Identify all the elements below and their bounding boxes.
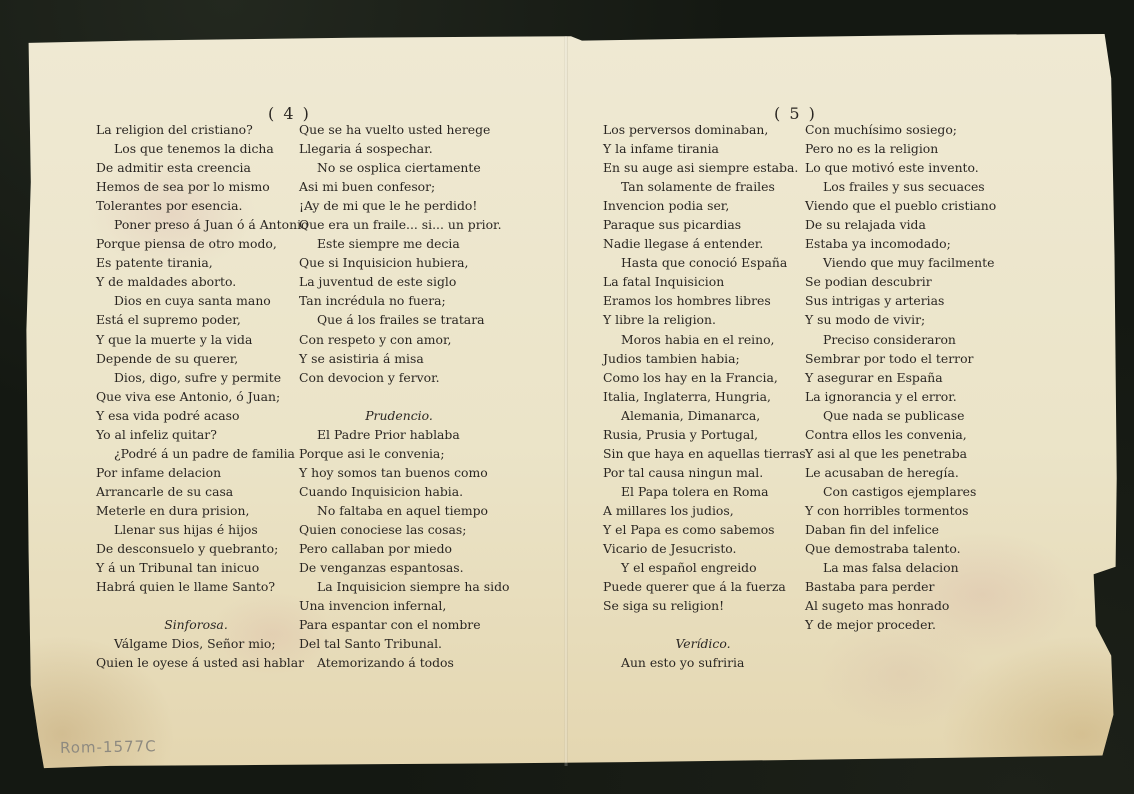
verse-line: Con devocion y fervor. (299, 368, 499, 387)
verse-line: Daban fin del infelice (805, 520, 1005, 539)
verse-line: Y el español engreido (603, 558, 803, 577)
verse-column: Los perversos dominaban,Y la infame tira… (603, 120, 803, 672)
verse-line: Los que tenemos la dicha (96, 139, 296, 158)
stanza-gap (96, 596, 296, 615)
verse-line: Meterle en dura prision, (96, 501, 296, 520)
verse-line: De su relajada vida (805, 215, 1005, 234)
verse-line: Que demostraba talento. (805, 539, 1005, 558)
verse-line: Con respeto y con amor, (299, 330, 499, 349)
stanza-gap (603, 615, 803, 634)
verse-line: Judios tambien habia; (603, 349, 803, 368)
verse-line: Y se asistiria á misa (299, 349, 499, 368)
verse-line: Hasta que conoció España (603, 253, 803, 272)
verse-line: Una invencion infernal, (299, 596, 499, 615)
verse-line: Hemos de sea por lo mismo (96, 177, 296, 196)
verse-line: Y que la muerte y la vida (96, 330, 296, 349)
verse-line: En su auge asi siempre estaba. (603, 158, 803, 177)
verse-column: Con muchísimo sosiego;Pero no es la reli… (805, 120, 1005, 634)
verse-line: Eramos los hombres libres (603, 291, 803, 310)
verse-line: Y esa vida podré acaso (96, 406, 296, 425)
verse-line: De venganzas espantosas. (299, 558, 499, 577)
verse-line: Moros habia en el reino, (603, 330, 803, 349)
verse-line: Está el supremo poder, (96, 310, 296, 329)
verse-line: La Inquisicion siempre ha sido (299, 577, 499, 596)
verse-line: La juventud de este siglo (299, 272, 499, 291)
verse-line: Y con horribles tormentos (805, 501, 1005, 520)
verse-line: Llegaria á sospechar. (299, 139, 499, 158)
verse-line: Sus intrigas y arterias (805, 291, 1005, 310)
verse-line: El Padre Prior hablaba (299, 425, 499, 444)
verse-line: Al sugeto mas honrado (805, 596, 1005, 615)
verse-line: Preciso consideraron (805, 330, 1005, 349)
verse-line: Es patente tirania, (96, 253, 296, 272)
verse-line: A millares los judios, (603, 501, 803, 520)
verse-line: Y hoy somos tan buenos como (299, 463, 499, 482)
verse-line: Y asegurar en España (805, 368, 1005, 387)
verse-line: ¡Ay de mi que le he perdido! (299, 196, 499, 215)
verse-line: Se podian descubrir (805, 272, 1005, 291)
verse-line: Yo al infeliz quitar? (96, 425, 296, 444)
speaker-name: Verídico. (603, 634, 803, 653)
verse-line: Este siempre me decia (299, 234, 499, 253)
verse-line: Llenar sus hijas é hijos (96, 520, 296, 539)
verse-line: Que se ha vuelto usted herege (299, 120, 499, 139)
verse-line: Tan incrédula no fuera; (299, 291, 499, 310)
verse-column: La religion del cristiano?Los que tenemo… (96, 120, 296, 672)
verse-line: Y á un Tribunal tan inicuo (96, 558, 296, 577)
verse-line: Contra ellos les convenia, (805, 425, 1005, 444)
verse-line: Dios, digo, sufre y permite (96, 368, 296, 387)
verse-line: De desconsuelo y quebranto; (96, 539, 296, 558)
verse-line: Estaba ya incomodado; (805, 234, 1005, 253)
verse-line: Y la infame tirania (603, 139, 803, 158)
speaker-name: Sinforosa. (96, 615, 296, 634)
verse-column: Que se ha vuelto usted heregeLlegaria á … (299, 120, 499, 672)
verse-line: Para espantar con el nombre (299, 615, 499, 634)
verse-line: Quien le oyese á usted asi hablar (96, 653, 296, 672)
verse-line: Tolerantes por esencia. (96, 196, 296, 215)
verse-line: Italia, Inglaterra, Hungria, (603, 387, 803, 406)
verse-line: Y libre la religion. (603, 310, 803, 329)
verse-line: Sin que haya en aquellas tierras (603, 444, 803, 463)
verse-line: Atemorizando á todos (299, 653, 499, 672)
speaker-name: Prudencio. (299, 406, 499, 425)
verse-line: Y el Papa es como sabemos (603, 520, 803, 539)
verse-line: Nadie llegase á entender. (603, 234, 803, 253)
verse-line: La mas falsa delacion (805, 558, 1005, 577)
verse-line: Que á los frailes se tratara (299, 310, 499, 329)
verse-line: Que si Inquisicion hubiera, (299, 253, 499, 272)
verse-line: Y de mejor proceder. (805, 615, 1005, 634)
verse-line: Cuando Inquisicion habia. (299, 482, 499, 501)
verse-line: No faltaba en aquel tiempo (299, 501, 499, 520)
verse-line: Como los hay en la Francia, (603, 368, 803, 387)
center-fold (564, 36, 568, 766)
verse-line: Los perversos dominaban, (603, 120, 803, 139)
verse-line: ¿Podré á un padre de familia (96, 444, 296, 463)
verse-line: Vicario de Jesucristo. (603, 539, 803, 558)
verse-line: Los frailes y sus secuaces (805, 177, 1005, 196)
verse-line: El Papa tolera en Roma (603, 482, 803, 501)
verse-line: Viendo que muy facilmente (805, 253, 1005, 272)
verse-line: Que era un fraile... si... un prior. (299, 215, 499, 234)
verse-line: Pero callaban por miedo (299, 539, 499, 558)
verse-line: No se osplica ciertamente (299, 158, 499, 177)
verse-line: Lo que motivó este invento. (805, 158, 1005, 177)
verse-line: Y su modo de vivir; (805, 310, 1005, 329)
verse-line: Invencion podia ser, (603, 196, 803, 215)
verse-line: Se siga su religion! (603, 596, 803, 615)
verse-line: Poner preso á Juan ó á Antonio (96, 215, 296, 234)
verse-line: La ignorancia y el error. (805, 387, 1005, 406)
verse-line: Depende de su querer, (96, 349, 296, 368)
verse-line: La religion del cristiano? (96, 120, 296, 139)
verse-line: Arrancarle de su casa (96, 482, 296, 501)
verse-line: Puede querer que á la fuerza (603, 577, 803, 596)
verse-line: Sembrar por todo el terror (805, 349, 1005, 368)
verse-line: Rusia, Prusia y Portugal, (603, 425, 803, 444)
verse-line: Quien conociese las cosas; (299, 520, 499, 539)
verse-line: Aun esto yo sufriria (603, 653, 803, 672)
verse-line: Válgame Dios, Señor mio; (96, 634, 296, 653)
verse-line: Del tal Santo Tribunal. (299, 634, 499, 653)
verse-line: Que viva ese Antonio, ó Juan; (96, 387, 296, 406)
verse-line: Habrá quien le llame Santo? (96, 577, 296, 596)
verse-line: Viendo que el pueblo cristiano (805, 196, 1005, 215)
verse-line: Le acusaban de heregía. (805, 463, 1005, 482)
verse-line: Pero no es la religion (805, 139, 1005, 158)
verse-line: Y de maldades aborto. (96, 272, 296, 291)
verse-line: Porque asi le convenia; (299, 444, 499, 463)
verse-line: Paraque sus picardias (603, 215, 803, 234)
stanza-gap (299, 387, 499, 406)
verse-line: Bastaba para perder (805, 577, 1005, 596)
verse-line: Dios en cuya santa mano (96, 291, 296, 310)
verse-line: Que nada se publicase (805, 406, 1005, 425)
verse-line: Tan solamente de frailes (603, 177, 803, 196)
verse-line: Con castigos ejemplares (805, 482, 1005, 501)
verse-line: Con muchísimo sosiego; (805, 120, 1005, 139)
verse-line: Porque piensa de otro modo, (96, 234, 296, 253)
verse-line: La fatal Inquisicion (603, 272, 803, 291)
verse-line: Alemania, Dimanarca, (603, 406, 803, 425)
verse-line: Y asi al que les penetraba (805, 444, 1005, 463)
verse-line: Asi mi buen confesor; (299, 177, 499, 196)
verse-line: Por infame delacion (96, 463, 296, 482)
verse-line: De admitir esta creencia (96, 158, 296, 177)
verse-line: Por tal causa ningun mal. (603, 463, 803, 482)
handwritten-shelfmark: Rom-1577C (60, 737, 157, 757)
